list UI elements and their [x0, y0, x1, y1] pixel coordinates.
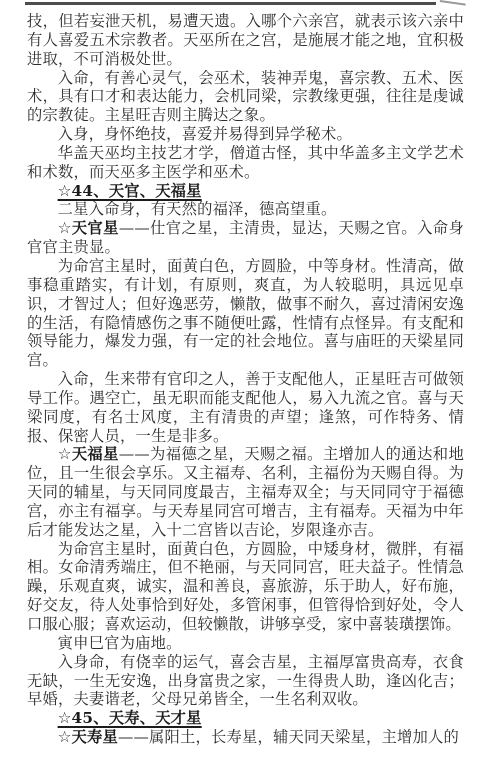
- paragraph-miaodi: 寅申巳官为庙地。: [27, 634, 464, 653]
- paragraph-tianguan-star: ☆天官星——仕官之星，主清贵，显达，天赐之官。入命身官官主贵显。: [27, 219, 464, 257]
- star-icon: ☆: [58, 182, 72, 200]
- section-heading-44-label: 44、天官、天福星: [72, 182, 202, 200]
- section-heading-45: ☆45、天寿、天才星: [27, 709, 464, 728]
- paragraph-tianfu-star: ☆天福星——为福德之星，天赐之福。主增加人的通达和地位，且一生很会享乐。又主福寿…: [27, 445, 464, 539]
- star-icon: ☆: [58, 728, 72, 746]
- page-top-rule: [25, 2, 436, 5]
- section-heading-45-label: 45、天寿、天才星: [72, 709, 202, 727]
- paragraph-tianshou-star: ☆天寿星——属阳土，长寿星，辅天同天梁星，主增加人的: [27, 728, 464, 747]
- em-dash: ——: [119, 445, 150, 463]
- scanned-book-page: 技，但若妄泄天机，易遭天遗。入哪个六亲宫，就表示该六亲中有人喜爱五术宗教者。天巫…: [0, 0, 491, 779]
- paragraph-rushen: 入身，身怀绝技，喜爱并易得到异学秘术。: [27, 125, 464, 144]
- paragraph-tianfu-mingong: 为命宫主星时，面黄白色，方圆脸，中矮身材，微胖，有福相。女命清秀端庄，但不艳丽，…: [27, 540, 464, 634]
- page-text-column: 技，但若妄泄天机，易遭天遗。入哪个六亲宫，就表示该六亲中有人喜爱五术宗教者。天巫…: [27, 12, 464, 747]
- em-dash: ——: [119, 219, 150, 237]
- star-name-tianshou: 天寿星: [72, 728, 119, 746]
- paragraph-erxing: 二星入命身，有天然的福泽，德高望重。: [27, 200, 464, 219]
- scan-artifact-mark: [440, 0, 466, 6]
- paragraph-tianguan-ruming: 入命，生来带有官印之人，善于支配他人，正星旺吉可做领导工作。遇空亡，虽无职而能支…: [27, 370, 464, 445]
- paragraph-continuation: 技，但若妄泄天机，易遭天遗。入哪个六亲宫，就表示该六亲中有人喜爱五术宗教者。天巫…: [27, 12, 464, 69]
- paragraph-rushenming: 入身命，有侥幸的运气，喜会吉星，主福厚富贵高寿，衣食无缺，一生无安逸，出身富贵之…: [27, 653, 464, 710]
- section-heading-44: ☆44、天官、天福星: [27, 182, 464, 201]
- em-dash: ——: [118, 728, 149, 746]
- star-icon: ☆: [58, 445, 72, 463]
- paragraph-ruming: 入命，有善心灵气，会巫术，装神弄鬼，喜宗教、五术、医术，具有口才和表达能力，会机…: [27, 69, 464, 126]
- star-icon: ☆: [58, 709, 72, 727]
- paragraph-tianshou-text: 属阳土，长寿星，辅天同天梁星，主增加人的: [149, 728, 459, 746]
- star-name-tianguan: 天官星: [72, 219, 119, 237]
- star-name-tianfu: 天福星: [72, 445, 119, 463]
- star-icon: ☆: [58, 219, 72, 237]
- paragraph-tianguan-mingong: 为命宫主星时，面黄白色，方圆脸，中等身材。性清高，做事稳重踏实，有计划，有原则，…: [27, 257, 464, 370]
- paragraph-huagai-tianwu: 华盖天巫均主技艺才学，僧道古怪，其中华盖多主文学艺术和术数，而天巫多主医学和巫术…: [27, 144, 464, 182]
